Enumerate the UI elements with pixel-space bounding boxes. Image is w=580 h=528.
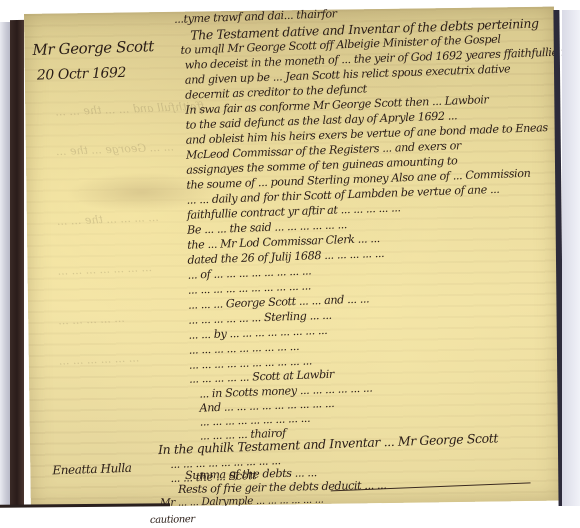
bleed-through-text: ... ... ... ... ... ... (59, 351, 140, 367)
margin-name: Mr George Scott (32, 39, 154, 58)
margin-note: Eneatta Hulla (52, 462, 132, 476)
bleed-through-text: ... ... ... ... the ... ... (57, 211, 159, 228)
manuscript-line: ... ... by ... ... ... ... ... ... ... .… (188, 325, 327, 341)
bleed-through-text: ... ... ... ... ... (58, 312, 125, 328)
manuscript-line: ... ... ... ... ... ... ... ... ... (189, 341, 300, 356)
manuscript-line: Summa of the debts ... ... (185, 467, 317, 481)
manuscript-line: cautioner (150, 515, 195, 526)
book-binding-edge (10, 20, 24, 510)
paper-sheet: ffaithfull and ... ... the ... ... ... .… (24, 7, 561, 508)
manuscript-line: ... ... ... ... ... ... ... ... ... ... (188, 280, 311, 295)
bleed-through-text: ... ... ... ... ... ... ... (57, 261, 152, 278)
page-edge-right-light (562, 10, 580, 510)
bleed-through-text: ... ... George ... the ... (56, 140, 175, 158)
manuscript-line: ... of ... ... ... ... ... ... ... ... (187, 265, 311, 281)
bleed-through-text: ffaithfull and ... ... the ... ... (55, 100, 205, 119)
manuscript-line: And ... ... ... ... ... ... ... ... ... (199, 398, 334, 414)
manuscript-line: ... ... ... George Scott ... ... and ...… (188, 293, 369, 311)
manuscript-line: ... ... ... ... ... Scott at Lawbir (189, 369, 334, 385)
page-edge-left (0, 22, 10, 508)
manuscript-line: ... in Scotts money ... ... ... ... ... … (199, 383, 372, 400)
margin-date: 20 Octr 1692 (37, 66, 127, 83)
bottom-margin (0, 506, 580, 528)
manuscript-line: ... ... ... ... ... ... ... ... ... (200, 413, 311, 428)
manuscript-scan: ffaithfull and ... ... the ... ... ... .… (0, 0, 580, 528)
